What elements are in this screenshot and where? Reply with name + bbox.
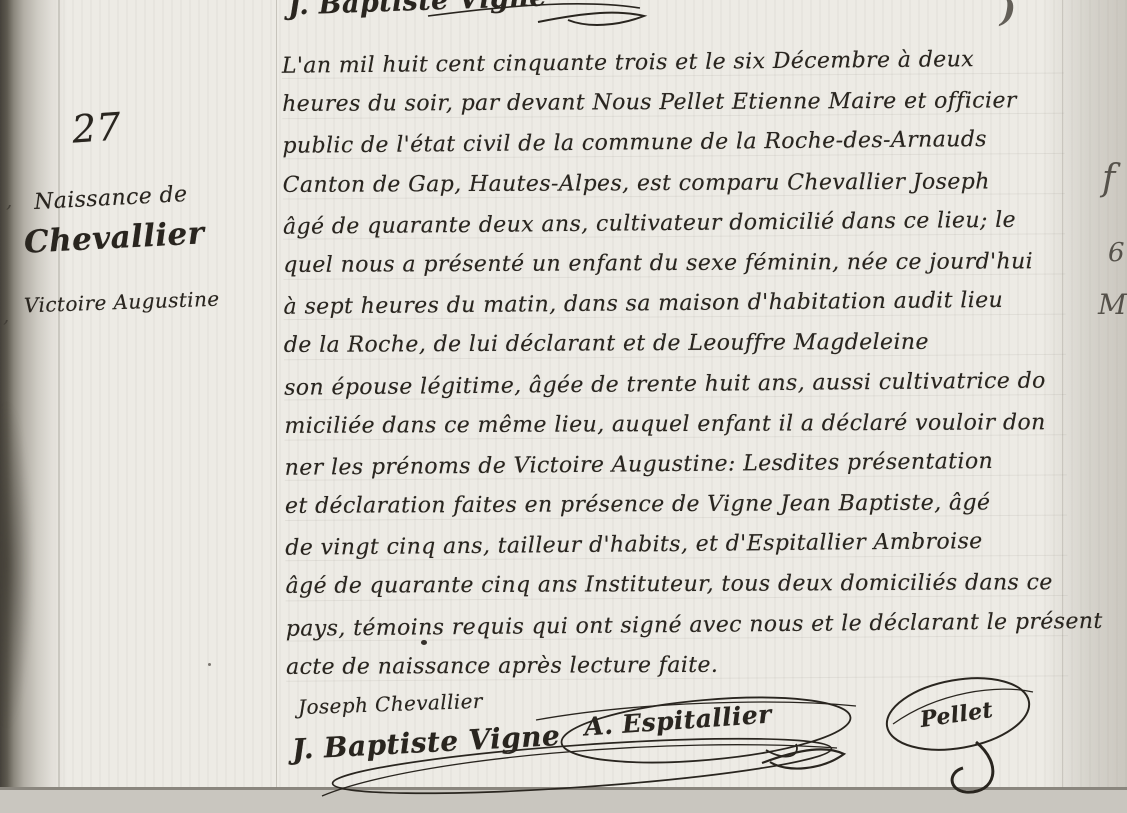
signature-text: Joseph Chevallier: [298, 689, 484, 719]
stray-ink-mark: 6: [1108, 238, 1125, 268]
act-line: son épouse légitime, âgée de trente huit…: [284, 360, 1066, 408]
act-text-block: L'an mil huit cent cinquante trois et le…: [282, 39, 1068, 687]
act-line: public de l'état civil de la commune de …: [282, 119, 1064, 167]
act-line: quel nous a présenté un enfant du sexe f…: [283, 241, 1065, 285]
scanned-register-page: 27 Naissance de Chevallier Victoire Augu…: [0, 0, 1127, 813]
act-line: L'an mil huit cent cinquante trois et le…: [282, 38, 1064, 86]
signature-chevallier: Joseph Chevallier: [298, 692, 483, 716]
margin-given-names: Victoire Augustine: [24, 287, 220, 318]
act-line: âgé de quarante cinq ans Instituteur, to…: [285, 563, 1067, 607]
stray-ink-mark: ,: [6, 188, 12, 212]
act-line: miciliée dans ce même lieu, auquel enfan…: [284, 402, 1066, 446]
act-line: âgé de quarante deux ans, cultivateur do…: [283, 199, 1065, 247]
act-line: et déclaration faites en présence de Vig…: [285, 482, 1067, 526]
margin-rule-line: [276, 0, 277, 788]
margin-title: Naissance de: [33, 182, 188, 215]
ink-speck: [421, 640, 427, 645]
act-number: 27: [71, 104, 123, 151]
signature-pellet: Pellet: [868, 672, 1058, 807]
signature-flourish: [868, 672, 1058, 807]
act-line: pays, témoins requis qui ont signé avec …: [286, 601, 1068, 649]
top-cropped-signature: J. Baptiste Vigne: [288, 0, 658, 38]
signature-espitallier: A. Espitallier: [556, 692, 856, 772]
act-line: ner les prénoms de Victoire Augustine: L…: [285, 440, 1067, 488]
act-line: heures du soir, par devant Nous Pellet E…: [282, 80, 1064, 124]
margin-surname: Chevallier: [23, 215, 205, 260]
margin-column: 27 Naissance de Chevallier Victoire Augu…: [0, 0, 276, 813]
act-line: à sept heures du matin, dans sa maison d…: [283, 279, 1065, 327]
act-line: Canton de Gap, Hautes-Alpes, est comparu…: [283, 161, 1065, 205]
act-line: de la Roche, de lui déclarant et de Leou…: [284, 321, 1066, 365]
ink-speck: [208, 663, 211, 666]
stray-ink-mark: ): [1000, 0, 1016, 30]
act-line: de vingt cinq ans, tailleur d'habits, et…: [285, 520, 1067, 568]
stray-ink-mark: ,: [3, 303, 9, 327]
stray-ink-mark: M: [1098, 288, 1127, 321]
stray-ink-mark: f: [1102, 158, 1115, 199]
